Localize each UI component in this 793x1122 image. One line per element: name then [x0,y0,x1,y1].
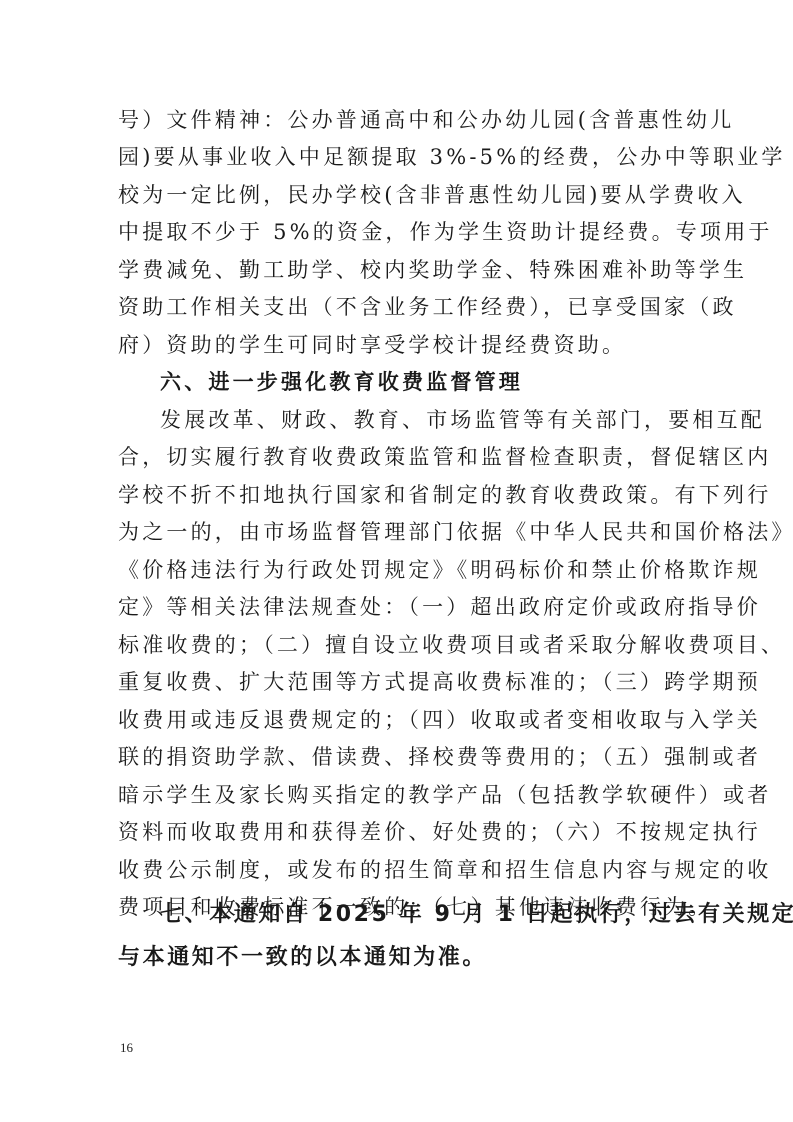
text-line: 合，切实履行教育收费政策监管和监督检查职责，督促辖区内 [118,442,678,472]
text-line: 为之一的，由市场监督管理部门依据《中华人民共和国价格法》 [118,517,678,547]
text-line: 联的捐资助学款、借读费、择校费等费用的；（五）强制或者 [118,742,678,772]
text-line: 学费减免、勤工助学、校内奖助学金、特殊困难补助等学生 [118,255,678,285]
text-line: 定》等相关法律法规查处：（一）超出政府定价或政府指导价 [118,592,678,622]
text-line: 标准收费的；（二）擅自设立收费项目或者采取分解收费项目、 [118,630,678,660]
document-page: 号）文件精神：公办普通高中和公办幼儿园(含普惠性幼儿 园)要从事业收入中足额提取… [0,0,793,1122]
text-line: 园)要从事业收入中足额提取 3%-5%的经费，公办中等职业学 [118,142,678,172]
page-number: 16 [120,1040,133,1056]
text-line: 收费公示制度，或发布的招生简章和招生信息内容与规定的收 [118,855,678,885]
section-7-line: 七、本通知自 2025 年 9 月 1 日起执行，过去有关规定 [160,900,678,930]
text-line: 收费用或违反退费规定的；（四）收取或者变相收取与入学关 [118,705,678,735]
text-line: 中提取不少于 5%的资金，作为学生资助计提经费。专项用于 [118,217,678,247]
section-heading: 六、进一步强化教育收费监督管理 [160,367,678,397]
text-line: 资料而收取费用和获得差价、好处费的；（六）不按规定执行 [118,817,678,847]
text-line: 学校不折不扣地执行国家和省制定的教育收费政策。有下列行 [118,480,678,510]
text-line: 发展改革、财政、教育、市场监管等有关部门，要相互配 [160,405,678,435]
text-line: 校为一定比例，民办学校(含非普惠性幼儿园)要从学费收入 [118,180,678,210]
text-line: 号）文件精神：公办普通高中和公办幼儿园(含普惠性幼儿 [118,105,678,135]
text-line: 《价格违法行为行政处罚规定》《明码标价和禁止价格欺诈规 [118,555,678,585]
text-line: 资助工作相关支出（不含业务工作经费），已享受国家（政 [118,292,678,322]
section-7-line: 与本通知不一致的以本通知为准。 [118,943,678,973]
text-line: 暗示学生及家长购买指定的教学产品（包括教学软硬件）或者 [118,780,678,810]
text-line: 府）资助的学生可同时享受学校计提经费资助。 [118,330,678,360]
text-line: 重复收费、扩大范围等方式提高收费标准的；（三）跨学期预 [118,667,678,697]
